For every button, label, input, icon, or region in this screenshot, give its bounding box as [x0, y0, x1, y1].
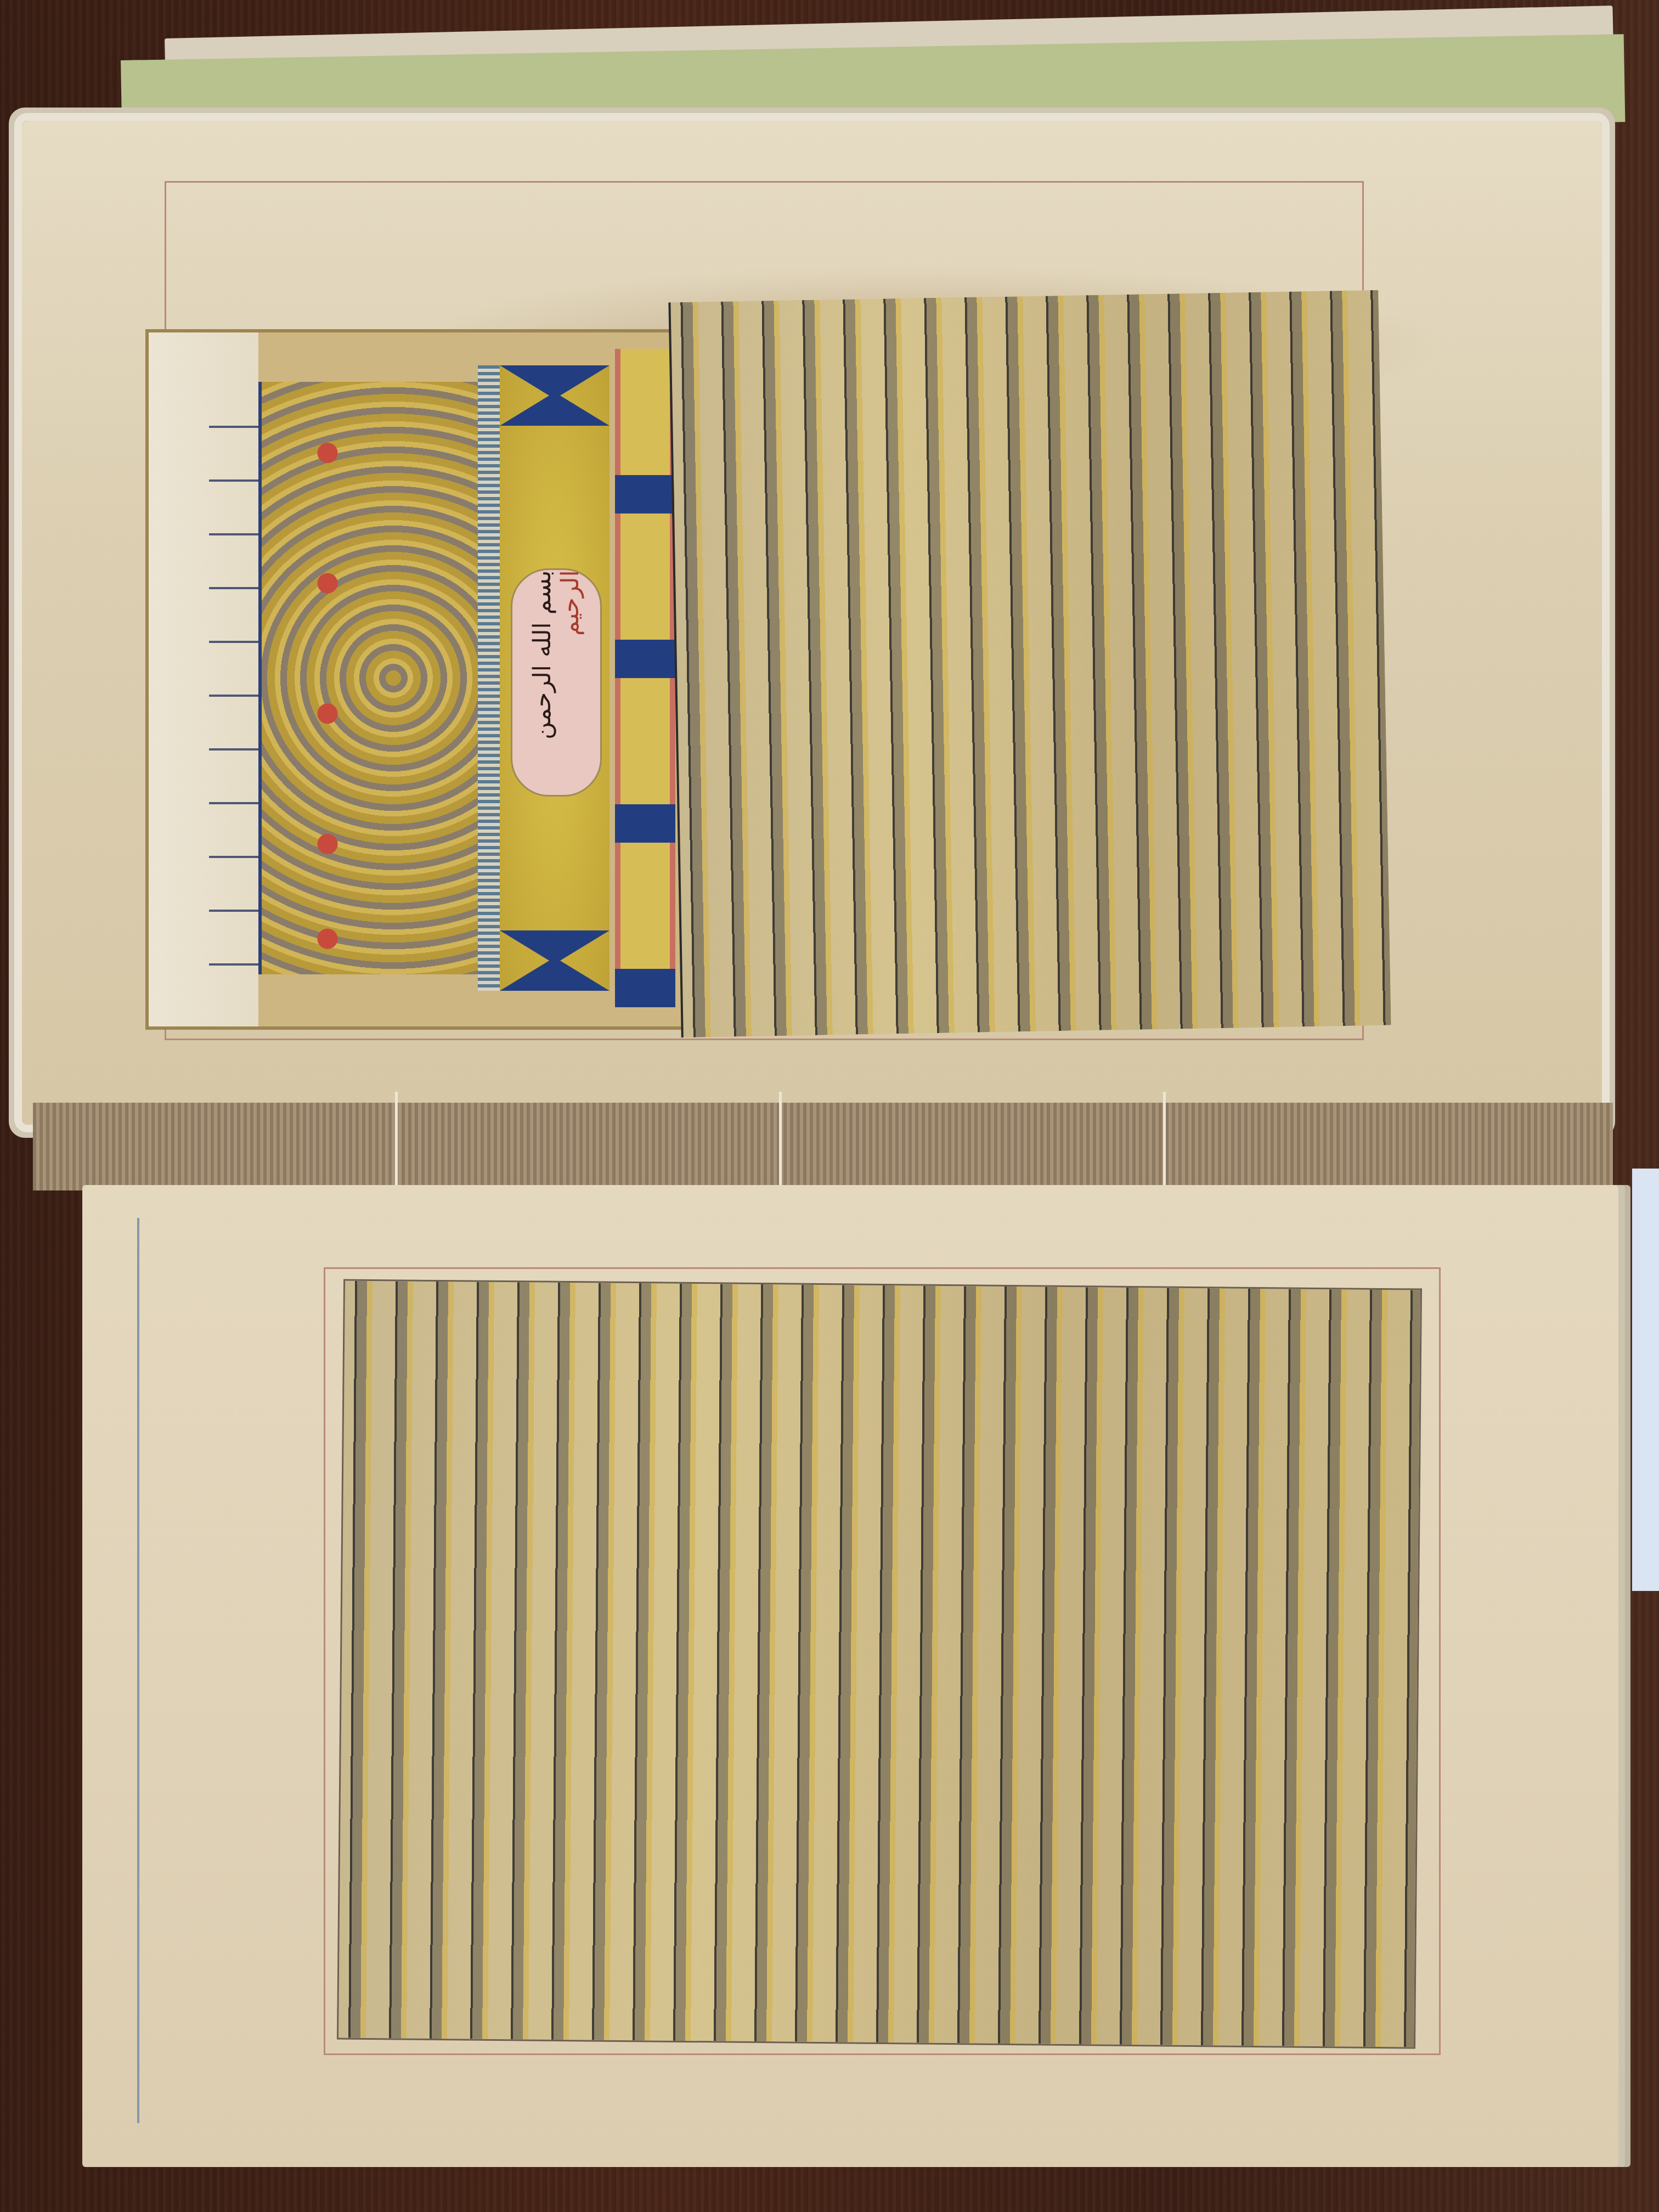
spine-binding — [33, 1103, 1613, 1190]
lower-text-block: والقواعد من الاحكام والقواعد الكليات وال… — [337, 1279, 1422, 2049]
margin-rule — [137, 1218, 139, 2123]
basmala-cartouche: بسم الله الرحمن الرحيم — [511, 568, 602, 797]
upper-text-opening: الحمد لله ذي الجلال والاكرام والفضل والط… — [676, 296, 1386, 1032]
arabesque-field — [258, 382, 481, 974]
lower-text-opening: والقواعد من الاحكام والقواعد الكليات وال… — [344, 1286, 1415, 2042]
lapis-ornament-top — [500, 365, 610, 426]
upper-text-block: الحمد لله ذي الجلال والاكرام والفضل والط… — [668, 290, 1391, 1037]
illuminated-headpiece: بسم الله الرحمن الرحيم — [145, 329, 695, 1030]
basmala-text: بسم الله الرحمن — [528, 570, 556, 740]
basmala-text-red: الرحيم — [556, 570, 584, 636]
blue-dotted-stripe — [478, 365, 500, 991]
blue-paper-tab — [1632, 1169, 1659, 1591]
lapis-ornament-bottom — [500, 930, 610, 991]
floral-border — [615, 349, 675, 1007]
finial-row — [209, 382, 258, 974]
